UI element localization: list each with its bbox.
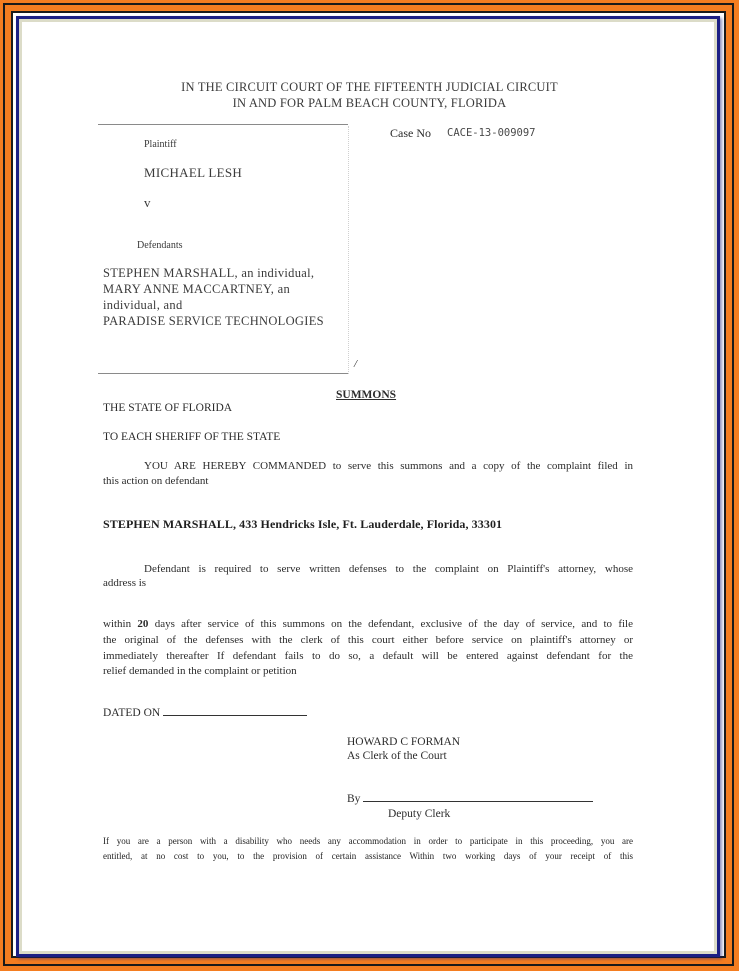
defendant-line: MARY ANNE MACCARTNEY, an xyxy=(103,282,290,297)
state-line: THE STATE OF FLORIDA xyxy=(103,402,232,414)
within-days: 20 xyxy=(137,618,148,630)
defendants-label: Defendants xyxy=(137,240,183,251)
caption-top-rule xyxy=(98,124,348,125)
defendant-line: STEPHEN MARSHALL, an individual, xyxy=(103,266,314,281)
within-line3: immediately thereafter If defendant fail… xyxy=(103,650,633,662)
by-label: By xyxy=(347,793,360,805)
clerk-title: As Clerk of the Court xyxy=(347,750,447,762)
case-number-label: Case No xyxy=(390,126,431,141)
ada-line1: If you are a person with a disability wh… xyxy=(103,836,633,846)
required-line2: address is xyxy=(103,577,146,589)
command-line1: YOU ARE HEREBY COMMANDED to serve this s… xyxy=(144,460,633,472)
court-header-line2: IN AND FOR PALM BEACH COUNTY, FLORIDA xyxy=(0,96,739,111)
required-line1: Defendant is required to serve written d… xyxy=(144,563,633,575)
within-line4: relief demanded in the complaint or peti… xyxy=(103,665,297,677)
summons-title: SUMMONS xyxy=(336,389,396,401)
dated-label: DATED ON xyxy=(103,707,160,719)
within-prefix: within xyxy=(103,618,137,630)
sheriff-line: TO EACH SHERIFF OF THE STATE xyxy=(103,431,280,443)
clerk-name: HOWARD C FORMAN xyxy=(347,736,460,748)
defendant-line: PARADISE SERVICE TECHNOLOGIES xyxy=(103,314,324,329)
by-line: By xyxy=(347,793,593,805)
within-line1: within 20 days after service of this sum… xyxy=(103,618,633,630)
within-line2: the original of the defenses with the cl… xyxy=(103,634,633,646)
ada-line2: entitled, at no cost to you, to the prov… xyxy=(103,851,633,861)
dated-signature-line[interactable] xyxy=(163,715,307,716)
deputy-label: Deputy Clerk xyxy=(388,808,450,820)
command-line2: this action on defendant xyxy=(103,475,208,487)
plaintiff-name: MICHAEL LESH xyxy=(144,165,242,181)
within-rest: days after service of this summons on th… xyxy=(148,618,633,630)
caption-bottom-rule xyxy=(98,373,348,374)
caption-slash: / xyxy=(354,358,357,370)
caption-divider xyxy=(348,126,349,374)
plaintiff-label: Plaintiff xyxy=(144,139,177,150)
court-header-line1: IN THE CIRCUIT COURT OF THE FIFTEENTH JU… xyxy=(0,80,739,95)
versus-label: v xyxy=(144,195,151,211)
defendant-address: STEPHEN MARSHALL, 433 Hendricks Isle, Ft… xyxy=(103,517,502,532)
deputy-signature-line[interactable] xyxy=(363,801,593,802)
defendant-line: individual, and xyxy=(103,298,183,313)
case-number: CACE-13-009097 xyxy=(447,127,536,139)
dated-on: DATED ON xyxy=(103,707,307,719)
